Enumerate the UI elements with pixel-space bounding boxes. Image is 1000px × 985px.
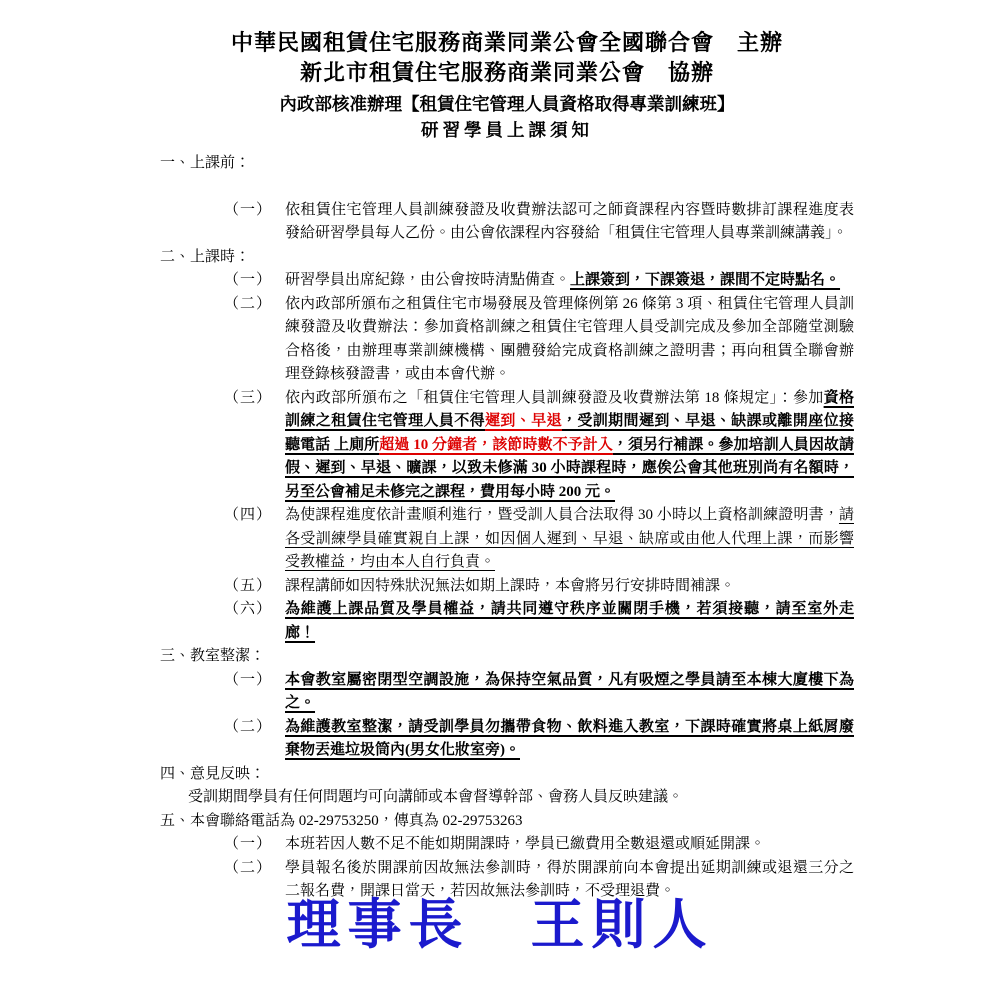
item-marker: （一） [224,199,285,246]
text-segment: 受訓期間學員有任何問題均可向講師或本會督導幹部、會務人員反映建議。 [188,789,683,805]
section-item: （二）為維護教室整潔，請受訓學員勿攜帶食物、飲料進入教室，下課時確實將桌上紙屑廢… [224,716,854,763]
text-segment: 為維護上課品質及學員權益，請共同遵守秩序並關閉手機，若須接聽，請至室外走廊！ [285,601,854,641]
section-heading: 二、上課時： [160,246,854,270]
item-marker: （四） [224,504,285,575]
item-marker: （二） [224,293,285,387]
item-text: 依內政部所頒布之「租賃住宅管理人員訓練發證及收費辦法第 18 條規定」：參加資格… [285,387,854,505]
item-text: 為維護教室整潔，請受訓學員勿攜帶食物、飲料進入教室，下課時確實將桌上紙屑廢棄物丟… [285,716,854,763]
document-header: 中華民國租賃住宅服務商業同業公會全國聯合會 主辦 新北市租賃住宅服務商業同業公會… [160,28,854,143]
header-organizer-line: 中華民國租賃住宅服務商業同業公會全國聯合會 主辦 [160,28,854,58]
section-item: （五）課程講師如因特殊狀況無法如期上課時，本會將另行安排時間補課。 [224,575,854,599]
chairman-signature: 理事長 王則人 [0,882,1000,959]
section-item: （一）研習學員出席紀錄，由公會按時清點備查。上課簽到，下課簽退，課間不定時點名。 [224,269,854,293]
text-segment: 課程講師如因特殊狀況無法如期上課時，本會將另行安排時間補課。 [285,578,735,594]
header-notice-title: 研習學員上課須知 [160,117,854,143]
item-marker: （一） [224,669,285,716]
text-segment: 依內政部所頒布之租賃住宅市場發展及管理條例第 26 條第 3 項、租賃住宅管理人… [285,296,854,383]
section-item: （一）依租賃住宅管理人員訓練發證及收費辦法認可之師資課程內容暨時數排訂課程進度表… [224,199,854,246]
section-item: （二）依內政部所頒布之租賃住宅市場發展及管理條例第 26 條第 3 項、租賃住宅… [224,293,854,387]
section-2: 三、教室整潔：（一）本會教室屬密閉型空調設施，為保持空氣品質，凡有吸煙之學員請至… [160,645,854,763]
text-segment: 為使課程進度依計畫順利進行，暨受訓人員合法取得 30 小時以上資格訓練證明書， [285,507,839,523]
item-text: 受訓期間學員有任何問題均可向講師或本會督導幹部、會務人員反映建議。 [188,786,854,810]
item-text: 課程講師如因特殊狀況無法如期上課時，本會將另行安排時間補課。 [285,575,854,599]
section-3: 四、意見反映：受訓期間學員有任何問題均可向講師或本會督導幹部、會務人員反映建議。 [160,763,854,810]
section-item: （一）本會教室屬密閉型空調設施，為保持空氣品質，凡有吸煙之學員請至本棟大廈樓下為… [224,669,854,716]
section-item: 受訓期間學員有任何問題均可向講師或本會督導幹部、會務人員反映建議。 [188,786,854,810]
item-text: 為使課程進度依計畫順利進行，暨受訓人員合法取得 30 小時以上資格訓練證明書，請… [285,504,854,575]
text-segment: 依租賃住宅管理人員訓練發證及收費辦法認可之師資課程內容暨時數排訂課程進度表發給研… [285,202,854,242]
item-text: 本會教室屬密閉型空調設施，為保持空氣品質，凡有吸煙之學員請至本棟大廈樓下為之。 [285,669,854,716]
item-marker: （二） [224,716,285,763]
section-heading: 四、意見反映： [160,763,854,787]
item-text: 研習學員出席紀錄，由公會按時清點備查。上課簽到，下課簽退，課間不定時點名。 [285,269,854,293]
text-segment: 研習學員出席紀錄，由公會按時清點備查。 [285,272,570,288]
item-text: 依內政部所頒布之租賃住宅市場發展及管理條例第 26 條第 3 項、租賃住宅管理人… [285,293,854,387]
header-coorganizer-line: 新北市租賃住宅服務商業同業公會 協辦 [160,58,854,88]
text-segment: 為維護教室整潔，請受訓學員勿攜帶食物、飲料進入教室，下課時確實將桌上紙屑廢棄物丟… [285,719,854,759]
item-marker: （五） [224,575,285,599]
item-text: 為維護上課品質及學員權益，請共同遵守秩序並關閉手機，若須接聽，請至室外走廊！ [285,598,854,645]
header-course-title: 內政部核准辦理【租賃住宅管理人員資格取得專業訓練班】 [160,91,854,117]
text-segment: 本班若因人數不足不能如期開課時，學員已繳費用全數退還或順延開課。 [285,836,765,852]
item-marker: （一） [224,833,285,857]
text-segment: 遲到、早退 [485,413,562,429]
item-marker: （一） [224,269,285,293]
section-heading: 一、上課前： [160,152,854,176]
section-item: （三）依內政部所頒布之「租賃住宅管理人員訓練發證及收費辦法第 18 條規定」：參… [224,387,854,505]
item-marker: （六） [224,598,285,645]
section-item: （四）為使課程進度依計畫順利進行，暨受訓人員合法取得 30 小時以上資格訓練證明… [224,504,854,575]
text-segment: 上課簽到，下課簽退，課間不定時點名。 [570,272,840,288]
section-item: （六）為維護上課品質及學員權益，請共同遵守秩序並關閉手機，若須接聽，請至室外走廊… [224,598,854,645]
section-1: 二、上課時：（一）研習學員出席紀錄，由公會按時清點備查。上課簽到，下課簽退，課間… [160,246,854,646]
item-marker: （三） [224,387,285,505]
text-segment: 本會教室屬密閉型空調設施，為保持空氣品質，凡有吸煙之學員請至本棟大廈樓下為之。 [285,672,854,712]
sections-container: 一、上課前：（一）依租賃住宅管理人員訓練發證及收費辦法認可之師資課程內容暨時數排… [160,152,854,904]
text-segment: 超過 10 分鐘者，該節時數不予計入 [379,437,613,453]
section-heading: 三、教室整潔： [160,645,854,669]
document-body: 中華民國租賃住宅服務商業同業公會全國聯合會 主辦 新北市租賃住宅服務商業同業公會… [160,28,854,904]
section-item: （一）本班若因人數不足不能如期開課時，學員已繳費用全數退還或順延開課。 [224,833,854,857]
item-text: 本班若因人數不足不能如期開課時，學員已繳費用全數退還或順延開課。 [285,833,854,857]
section-heading: 五、本會聯絡電話為 02-29753250，傳真為 02-29753263 [160,810,854,834]
text-segment: 依內政部所頒布之「租賃住宅管理人員訓練發證及收費辦法第 18 條規定」：參加 [285,390,824,406]
document-page: 中華民國租賃住宅服務商業同業公會全國聯合會 主辦 新北市租賃住宅服務商業同業公會… [0,0,1000,985]
section-0: 一、上課前：（一）依租賃住宅管理人員訓練發證及收費辦法認可之師資課程內容暨時數排… [160,152,854,246]
item-text: 依租賃住宅管理人員訓練發證及收費辦法認可之師資課程內容暨時數排訂課程進度表發給研… [285,199,854,246]
